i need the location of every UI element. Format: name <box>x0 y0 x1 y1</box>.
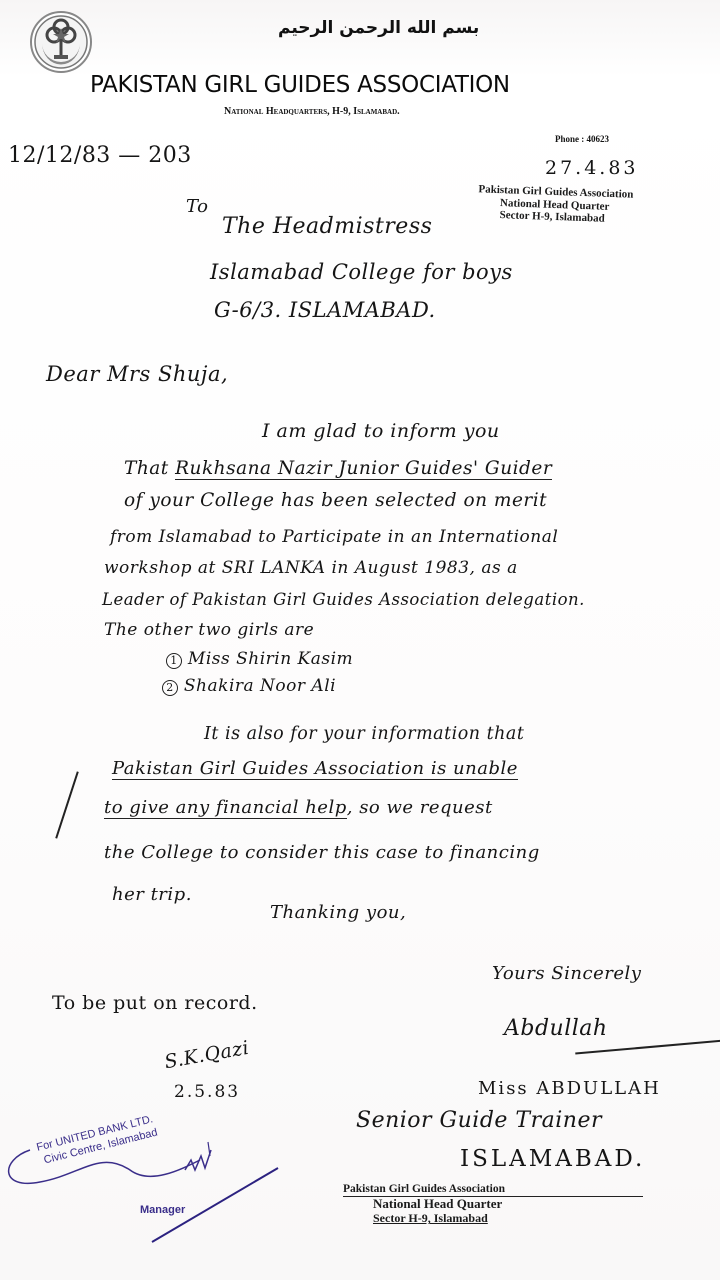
body-line: from Islamabad to Participate in an Inte… <box>110 527 558 547</box>
body-line: Leader of Pakistan Girl Guides Associati… <box>102 590 585 609</box>
annotation-initials: S.K.Qazi <box>163 1037 251 1074</box>
to-label: To <box>186 196 208 217</box>
body-line: to give any financial help, so we reques… <box>104 797 493 818</box>
body-text-underlined: to give any financial help <box>104 797 347 819</box>
body-line: workshop at SRI LANKA in August 1983, as… <box>104 558 518 578</box>
closing-thanks: Thanking you, <box>270 902 406 923</box>
list-name: Shakira Noor Ali <box>184 676 336 696</box>
nominee-name-underlined: Rukhsana Nazir Junior Guides' Guider <box>175 458 552 480</box>
body-text: , so we request <box>347 797 493 818</box>
girl-guides-emblem-icon <box>30 11 92 73</box>
reference-number: 12/12/83 — 203 <box>8 143 192 168</box>
body-line: her trip. <box>112 884 192 905</box>
organization-address: National Headquarters, H-9, Islamabad. <box>224 106 400 117</box>
signatory-name: Miss ABDULLAH <box>478 1078 661 1099</box>
body-line: The other two girls are <box>104 620 314 640</box>
recipient-title: The Headmistress <box>222 214 432 239</box>
annotation-date: 2.5.83 <box>174 1082 240 1102</box>
list-number-circle: 2 <box>162 680 178 696</box>
body-line: the College to consider this case to fin… <box>104 842 540 863</box>
body-line: That Rukhsana Nazir Junior Guides' Guide… <box>124 458 552 479</box>
signature-line <box>575 1039 720 1054</box>
margin-mark <box>55 771 79 838</box>
signatory-city: ISLAMABAD. <box>460 1146 645 1172</box>
body-line: I am glad to inform you <box>262 420 500 442</box>
bank-signature-scribble <box>0 1130 300 1250</box>
signatory-title: Senior Guide Trainer <box>356 1108 602 1133</box>
stamp-line: Pakistan Girl Guides Association <box>343 1183 643 1197</box>
association-stamp-top: Pakistan Girl Guides Association Nationa… <box>477 183 633 226</box>
record-note: To be put on record. <box>52 992 258 1014</box>
letter-page: بسم الله الرحمن الرحيم PAKISTAN GIRL GUI… <box>0 0 720 1280</box>
letter-date: 27.4.83 <box>545 157 639 179</box>
stamp-line: National Head Quarter <box>343 1197 643 1212</box>
stamp-line: Sector H-9, Islamabad <box>343 1212 643 1226</box>
list-number-circle: 1 <box>166 653 182 669</box>
signature: Abdullah <box>504 1016 608 1041</box>
body-text: That <box>124 458 175 479</box>
organization-name: PAKISTAN GIRL GUIDES ASSOCIATION <box>90 72 510 98</box>
list-item: 2 Shakira Noor Ali <box>162 676 336 696</box>
body-line: of your College has been selected on mer… <box>124 490 547 511</box>
recipient-address: G-6/3. ISLAMABAD. <box>214 298 436 322</box>
body-line-underlined: Pakistan Girl Guides Association is unab… <box>112 758 518 780</box>
phone-number: Phone : 40623 <box>555 134 609 144</box>
bismillah-calligraphy: بسم الله الرحمن الرحيم <box>278 18 479 38</box>
body-line: It is also for your information that <box>204 724 524 744</box>
salutation: Dear Mrs Shuja, <box>46 362 228 386</box>
recipient-institution: Islamabad College for boys <box>210 260 513 284</box>
list-name: Miss Shirin Kasim <box>188 649 353 669</box>
list-item: 1 Miss Shirin Kasim <box>166 649 353 669</box>
association-stamp-bottom: Pakistan Girl Guides Association Nationa… <box>343 1183 643 1226</box>
complimentary-close: Yours Sincerely <box>492 963 641 984</box>
